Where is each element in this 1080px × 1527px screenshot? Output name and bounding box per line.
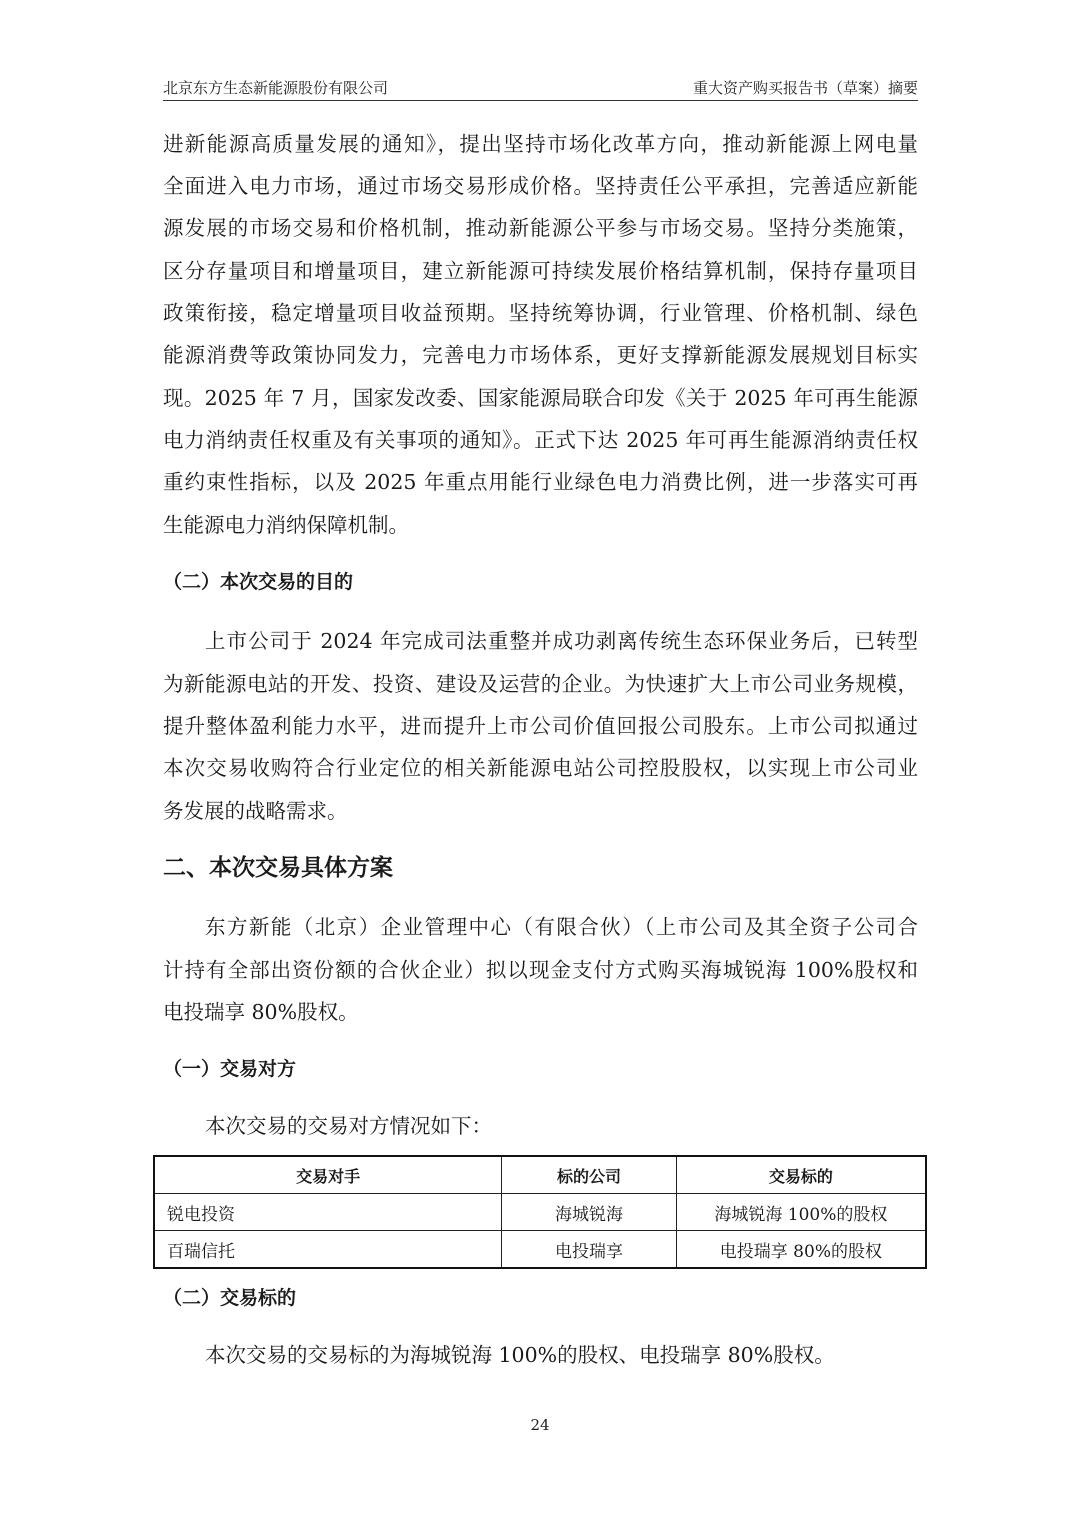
header-doc-title: 重大资产购买报告书（草案）摘要 — [693, 78, 918, 98]
table-header-row: 交易对手 标的公司 交易标的 — [154, 1156, 926, 1194]
section-heading-plan: 二、本次交易具体方案 — [163, 851, 393, 885]
section-heading-counterparty: （一）交易对方 — [163, 1055, 296, 1083]
paragraph-line: 本次交易的交易标的为海城锐海 100%的股权、电投瑞享 80%股权。 — [205, 1340, 918, 1370]
column-header: 标的公司 — [502, 1156, 677, 1194]
paragraph-line: 为新能源电站的开发、投资、建设及运营的企业。为快速扩大上市公司业务规模， — [163, 669, 918, 699]
header-company: 北京东方生态新能源股份有限公司 — [163, 78, 388, 98]
paragraph-line: 电投瑞享 80%股权。 — [163, 997, 918, 1027]
table-row: 百瑞信托 电投瑞享 电投瑞享 80%的股权 — [154, 1231, 926, 1269]
paragraph-line: 源发展的市场交易和价格机制，推动新能源公平参与市场交易。坚持分类施策， — [163, 213, 918, 243]
column-header: 交易对手 — [154, 1156, 502, 1194]
section-heading-target: （二）交易标的 — [163, 1284, 296, 1312]
counterparty-table: 交易对手 标的公司 交易标的 锐电投资 海城锐海 海城锐海 100%的股权 百瑞… — [153, 1155, 927, 1269]
paragraph-line: 能源消费等政策协同发力，完善电力市场体系，更好支撑新能源发展规划目标实 — [163, 340, 918, 370]
table-cell: 海城锐海 — [502, 1194, 677, 1231]
table-row: 锐电投资 海城锐海 海城锐海 100%的股权 — [154, 1194, 926, 1231]
paragraph-line: 本次交易收购符合行业定位的相关新能源电站公司控股股权，以实现上市公司业 — [163, 753, 918, 783]
paragraph-line: 东方新能（北京）企业管理中心（有限合伙）（上市公司及其全资子公司合 — [205, 912, 918, 942]
section-heading-purpose: （二）本次交易的目的 — [163, 568, 353, 596]
table-cell: 电投瑞享 80%的股权 — [676, 1231, 926, 1269]
column-header: 交易标的 — [676, 1156, 926, 1194]
table-cell: 海城锐海 100%的股权 — [676, 1194, 926, 1231]
paragraph-line: 区分存量项目和增量项目，建立新能源可持续发展价格结算机制，保持存量项目 — [163, 256, 918, 286]
table-cell: 百瑞信托 — [154, 1231, 502, 1269]
paragraph-line: 政策衔接，稳定增量项目收益预期。坚持统筹协调，行业管理、价格机制、绿色 — [163, 298, 918, 328]
paragraph-line: 重约束性指标，以及 2025 年重点用能行业绿色电力消费比例，进一步落实可再 — [163, 467, 918, 497]
page-number: 24 — [0, 1416, 1080, 1434]
page-header: 北京东方生态新能源股份有限公司 重大资产购买报告书（草案）摘要 — [163, 78, 918, 101]
paragraph-line: 全面进入电力市场，通过市场交易形成价格。坚持责任公平承担，完善适应新能 — [163, 171, 918, 201]
paragraph-line: 进新能源高质量发展的通知》，提出坚持市场化改革方向，推动新能源上网电量 — [163, 129, 918, 159]
table-cell: 电投瑞享 — [502, 1231, 677, 1269]
table-intro: 本次交易的交易对方情况如下： — [205, 1111, 918, 1141]
paragraph-line: 电力消纳责任权重及有关事项的通知》。正式下达 2025 年可再生能源消纳责任权 — [163, 425, 918, 455]
paragraph-line: 计持有全部出资份额的合伙企业）拟以现金支付方式购买海城锐海 100%股权和 — [163, 955, 918, 985]
paragraph-line: 现。2025 年 7 月，国家发改委、国家能源局联合印发《关于 2025 年可再… — [163, 383, 918, 413]
table-cell: 锐电投资 — [154, 1194, 502, 1231]
paragraph-line: 上市公司于 2024 年完成司法重整并成功剥离传统生态环保业务后，已转型 — [205, 626, 918, 656]
paragraph-line: 提升整体盈利能力水平，进而提升上市公司价值回报公司股东。上市公司拟通过 — [163, 711, 918, 741]
paragraph-line: 务发展的战略需求。 — [163, 796, 918, 826]
paragraph-line: 生能源电力消纳保障机制。 — [163, 510, 918, 540]
